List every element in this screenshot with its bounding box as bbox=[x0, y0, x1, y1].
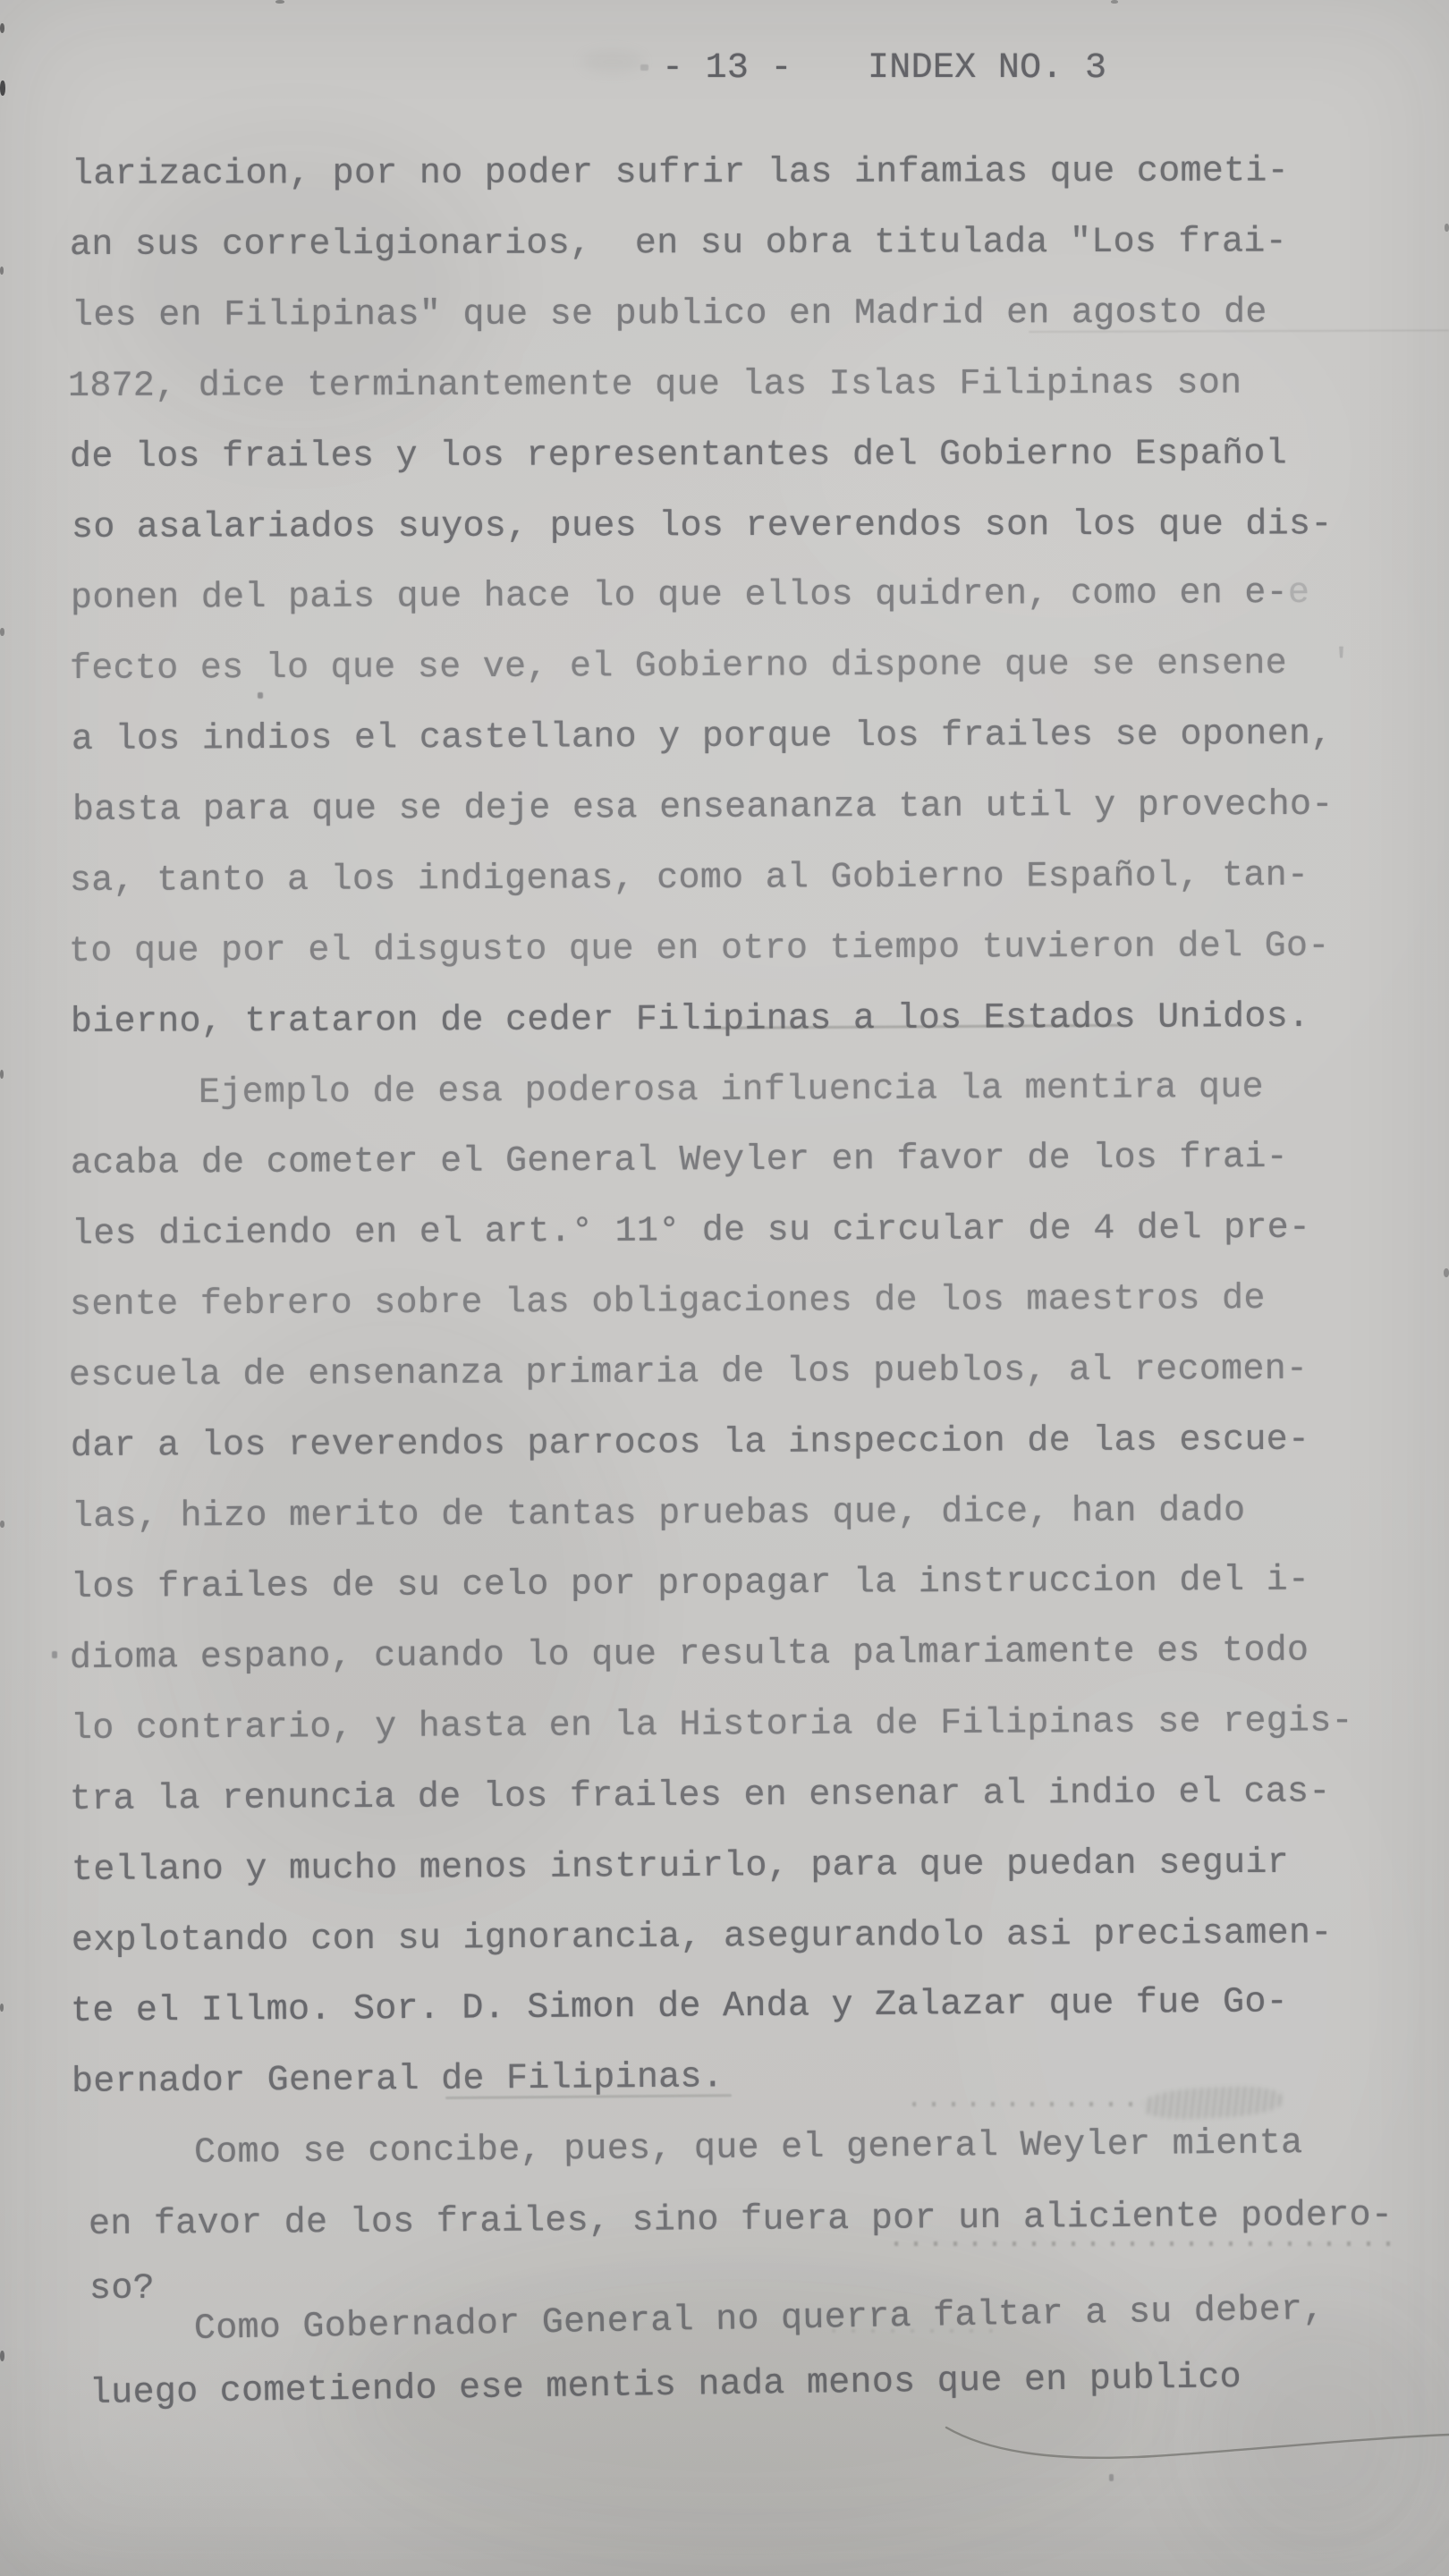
scan-edge-speck bbox=[0, 2004, 4, 2012]
pencil-mark bbox=[1142, 2084, 1283, 2122]
text-line: lo contrario, y hasta en la Historia de … bbox=[71, 1701, 1353, 1750]
scan-edge-speck bbox=[0, 267, 4, 275]
text-line: de los frailes y los representantes del … bbox=[70, 434, 1287, 479]
pencil-mark bbox=[912, 2102, 1143, 2106]
text-line: te el Illmo. Sor. D. Simon de Anda y Zal… bbox=[71, 1982, 1288, 2033]
text-line: explotando con su ignorancia, asegurando… bbox=[72, 1913, 1333, 1962]
text-line: luego cometiendo ese mentis nada menos q… bbox=[89, 2358, 1242, 2415]
pencil-mark bbox=[832, 2329, 993, 2333]
text-line: tra la renuncia de los frailes en ensena… bbox=[70, 1772, 1331, 1821]
text-line: 1872, dice terminantemente que las Islas… bbox=[68, 364, 1242, 408]
scan-edge-speck bbox=[1445, 224, 1449, 232]
text-line: sa, tanto a los indigenas, como al Gobie… bbox=[70, 856, 1309, 902]
text-line: bierno, trataron de ceder Filipinas a lo… bbox=[71, 997, 1310, 1044]
scan-edge-speck bbox=[0, 2351, 4, 2361]
header-index-label: INDEX NO. 3 bbox=[868, 48, 1106, 89]
text-line: sente febrero sobre las obligaciones de … bbox=[70, 1279, 1266, 1326]
text-line: basta para que se deje esa enseananza ta… bbox=[72, 785, 1334, 832]
text-line: escuela de ensenanza primaria de los pue… bbox=[69, 1350, 1309, 1397]
text-line: Ejemplo de esa poderosa influencia la me… bbox=[199, 1068, 1264, 1114]
paper-blotch bbox=[1199, 2308, 1449, 2567]
text-line: les diciendo en el art.° 11° de su circu… bbox=[72, 1208, 1311, 1256]
text-line: so? bbox=[89, 2269, 155, 2310]
text-line: los frailes de su celo por propagar la i… bbox=[71, 1561, 1310, 1609]
text-line: a los indios el castellano y porque los … bbox=[72, 715, 1333, 761]
scan-edge-speck bbox=[1111, 0, 1118, 4]
text-line: dar a los reverendos parrocos la inspecc… bbox=[71, 1420, 1310, 1468]
pencil-mark bbox=[581, 50, 644, 73]
text-line: tellano y mucho menos instruirlo, para q… bbox=[72, 1843, 1289, 1892]
scan-edge-speck bbox=[0, 1070, 4, 1079]
scan-edge-speck bbox=[0, 628, 4, 636]
text-line: dioma espano, cuando lo que resulta palm… bbox=[70, 1631, 1309, 1680]
text-line: Como Gobernador General no querra faltar… bbox=[194, 2290, 1325, 2351]
pencil-mark bbox=[258, 692, 263, 699]
ghost-strike: e bbox=[1288, 573, 1310, 614]
pencil-mark bbox=[640, 64, 648, 71]
text-line: acaba de cometer el General Weyler en fa… bbox=[71, 1138, 1288, 1185]
text-line: fecto es lo que se ve, el Gobierno dispo… bbox=[70, 644, 1352, 691]
text-line: so asalariados suyos, pues los reverendo… bbox=[72, 504, 1333, 549]
pencil-mark bbox=[894, 2241, 1395, 2246]
text-line: las, hizo merito de tantas pruebas que, … bbox=[72, 1491, 1246, 1538]
scan-edge-speck bbox=[1444, 1268, 1449, 1277]
scan-edge-speck bbox=[0, 80, 5, 96]
scan-edge-speck bbox=[0, 23, 4, 33]
scan-edge-speck bbox=[275, 0, 284, 4]
document-page: - 13 - INDEX NO. 3 larizacion, por no po… bbox=[0, 0, 1449, 2576]
text-line: ponen del pais que hace lo que ellos qui… bbox=[71, 573, 1310, 620]
text-line: en favor de los frailes, sino fuera por … bbox=[89, 2196, 1394, 2246]
pencil-mark bbox=[52, 1651, 57, 1658]
text-line: larizacion, por no poder sufrir las infa… bbox=[72, 151, 1289, 196]
page-number: - 13 - bbox=[662, 48, 792, 89]
scan-edge-speck bbox=[0, 1521, 4, 1528]
pencil-mark bbox=[1109, 2474, 1114, 2481]
text-line: Como se concibe, pues, que el general We… bbox=[194, 2123, 1303, 2174]
ghost-strike: ' bbox=[1287, 644, 1352, 684]
text-line: an sus correligionarios, en su obra titu… bbox=[70, 222, 1287, 267]
text-line: to que por el disgusto que en otro tiemp… bbox=[69, 927, 1330, 973]
